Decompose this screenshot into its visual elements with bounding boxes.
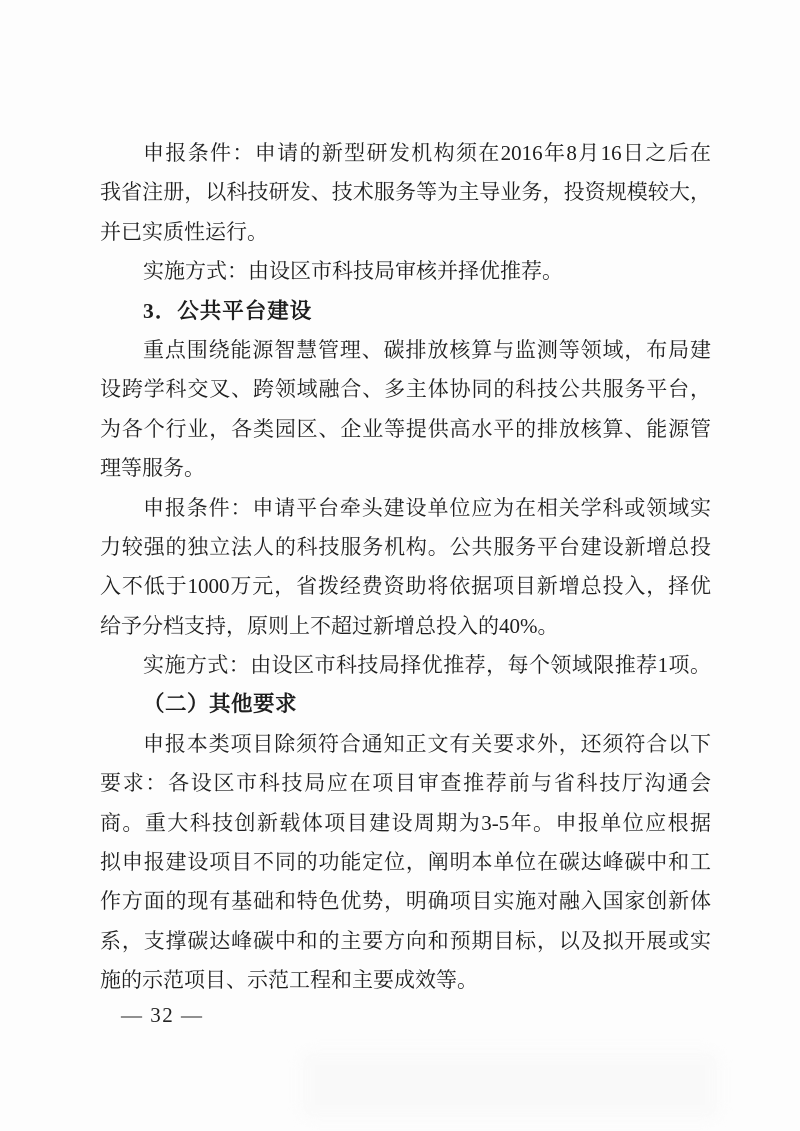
scan-noise-artifact xyxy=(300,1050,720,1120)
body-text-line: 申报本类项目除须符合通知正文有关要求外，还须符合以下 xyxy=(100,725,711,764)
body-text-line: 实施方式：由设区市科技局审核并择优推荐。 xyxy=(100,252,711,291)
body-text-line: 给予分档支持，原则上不超过新增总投入的40%。 xyxy=(100,607,711,646)
document-page: 申报条件：申请的新型研发机构须在2016年8月16日之后在 我省注册，以科技研发… xyxy=(0,0,800,1131)
body-text-line: 理等服务。 xyxy=(100,449,711,488)
body-text-line: 申报条件：申请的新型研发机构须在2016年8月16日之后在 xyxy=(100,134,711,173)
heading-other-requirements: （二）其他要求 xyxy=(100,685,711,724)
document-body: 申报条件：申请的新型研发机构须在2016年8月16日之后在 我省注册，以科技研发… xyxy=(100,134,711,1001)
body-text-line: 商。重大科技创新载体项目建设周期为3-5年。申报单位应根据 xyxy=(100,804,711,843)
body-text-line: 作方面的现有基础和特色优势，明确项目实施对融入国家创新体 xyxy=(100,882,711,921)
body-text-line: 并已实质性运行。 xyxy=(100,213,711,252)
body-text-line: 系，支撑碳达峰碳中和的主要方向和预期目标，以及拟开展或实 xyxy=(100,922,711,961)
body-text-line: 拟申报建设项目不同的功能定位，阐明本单位在碳达峰碳中和工 xyxy=(100,843,711,882)
page-number: — 32 — xyxy=(121,1003,204,1027)
heading-public-platform: 3．公共平台建设 xyxy=(100,292,711,331)
body-text-line: 入不低于1000万元，省拨经费资助将依据项目新增总投入，择优 xyxy=(100,567,711,606)
body-text-line: 设跨学科交叉、跨领域融合、多主体协同的科技公共服务平台， xyxy=(100,370,711,409)
body-text-line: 实施方式：由设区市科技局择优推荐，每个领域限推荐1项。 xyxy=(100,646,711,685)
body-text-line: 申报条件：申请平台牵头建设单位应为在相关学科或领域实 xyxy=(100,489,711,528)
body-text-line: 要求：各设区市科技局应在项目审查推荐前与省科技厅沟通会 xyxy=(100,764,711,803)
page-footer: — 32 — xyxy=(121,1000,204,1030)
body-text-line: 为各个行业，各类园区、企业等提供高水平的排放核算、能源管 xyxy=(100,410,711,449)
body-text-line: 我省注册，以科技研发、技术服务等为主导业务，投资规模较大， xyxy=(100,173,711,212)
body-text-line: 力较强的独立法人的科技服务机构。公共服务平台建设新增总投 xyxy=(100,528,711,567)
body-text-line: 施的示范项目、示范工程和主要成效等。 xyxy=(100,961,711,1000)
body-text-line: 重点围绕能源智慧管理、碳排放核算与监测等领域，布局建 xyxy=(100,331,711,370)
